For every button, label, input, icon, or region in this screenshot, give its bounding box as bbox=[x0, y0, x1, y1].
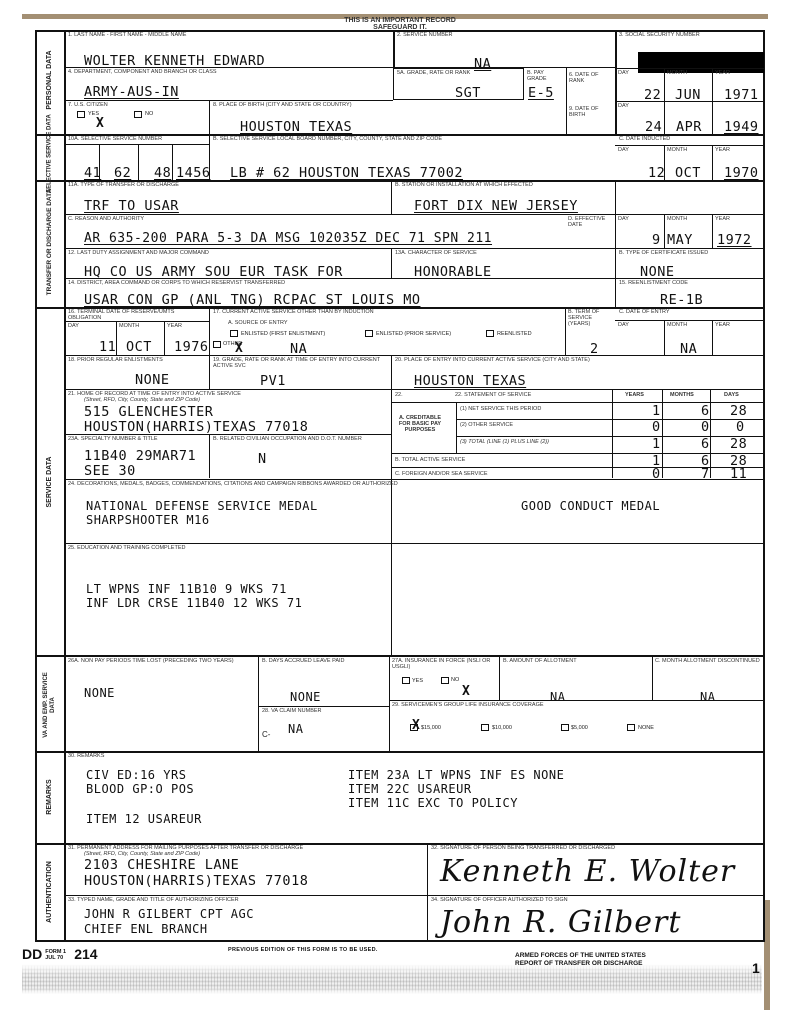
birthplace-label: 8. PLACE OF BIRTH (City and State or Cou… bbox=[213, 102, 352, 108]
terminal-year: 1976 bbox=[174, 340, 209, 354]
certificate: NONE bbox=[640, 265, 675, 279]
year-label: YEAR bbox=[715, 216, 730, 222]
divider bbox=[391, 355, 392, 655]
other-mark: X bbox=[235, 341, 243, 356]
divider bbox=[64, 895, 765, 896]
component-label: 4. DEPARTMENT, COMPONENT AND BRANCH OR C… bbox=[68, 69, 217, 75]
civilian-label: b. RELATED CIVILIAN OCCUPATION AND D.O.T… bbox=[213, 436, 383, 442]
insurance-label: 27a. INSURANCE IN FORCE (NSLI or USGLI) bbox=[392, 658, 497, 670]
sgli-10000-checkbox[interactable] bbox=[481, 724, 489, 731]
specialty-label: 23a. SPECIALTY NUMBER & TITLE bbox=[68, 436, 158, 442]
month-label: MONTH bbox=[667, 216, 687, 222]
row-years: 1 bbox=[652, 437, 661, 451]
specialty-line-1: 11B40 29MAR71 bbox=[84, 449, 196, 463]
remark-left-4: ITEM 12 USAREUR bbox=[86, 812, 202, 826]
terminal-label: 16. TERMINAL DATE OF RESERVE/UMTS OBLIGA… bbox=[68, 309, 203, 321]
month-label: MONTH bbox=[667, 147, 687, 153]
section-remarks: REMARKS bbox=[46, 757, 54, 837]
divider bbox=[64, 434, 391, 435]
year-label: YEAR bbox=[715, 322, 730, 328]
day-label: DAY bbox=[618, 322, 629, 328]
divider bbox=[391, 180, 392, 214]
divider bbox=[209, 434, 210, 478]
permanent-address-1: 2103 CHESHIRE LANE bbox=[84, 858, 239, 872]
service-number-label: 2. SERVICE NUMBER bbox=[397, 32, 453, 38]
sgli-mark: X bbox=[412, 718, 420, 733]
divider bbox=[35, 655, 765, 657]
divider bbox=[64, 543, 765, 544]
reenlist-label: 15. REENLISTMENT CODE bbox=[619, 280, 688, 286]
ss-number-3: 48 bbox=[154, 166, 171, 180]
certificate-label: b. TYPE OF CERTIFICATE ISSUED bbox=[619, 250, 708, 256]
sgli-none-checkbox[interactable] bbox=[627, 724, 635, 731]
divider bbox=[664, 214, 665, 248]
divider bbox=[64, 479, 765, 480]
grade-label: 5a. GRADE, RATE OR RANK bbox=[397, 70, 470, 76]
form-title-line-1: ARMED FORCES OF THE UNITED STATES bbox=[515, 952, 646, 960]
reason: AR 635-200 PARA 5-3 DA MSG 102035Z DEC 7… bbox=[84, 232, 492, 246]
specialty-line-2: SEE 30 bbox=[84, 464, 136, 478]
citizen-mark: X bbox=[96, 116, 104, 131]
row-label: (2) OTHER SERVICE bbox=[460, 422, 513, 428]
inducted-day: 12 bbox=[648, 166, 665, 180]
name-label: 1. LAST NAME - FIRST NAME - MIDDLE NAME bbox=[68, 32, 186, 38]
enlisted-prior-label: ENLISTED (Prior Service) bbox=[376, 331, 451, 337]
divider bbox=[64, 67, 615, 68]
remark-right-3: ITEM 11C EXC TO POLICY bbox=[348, 796, 518, 810]
insurance-mark: X bbox=[462, 684, 470, 699]
prior-enlistments: NONE bbox=[135, 373, 170, 387]
citizen-no-checkbox[interactable] bbox=[134, 111, 142, 118]
dob-day: 24 bbox=[645, 120, 662, 134]
col-months: MONTHS bbox=[670, 392, 694, 398]
entry-month: NA bbox=[680, 342, 697, 356]
divider bbox=[258, 655, 259, 751]
year-label: YEAR bbox=[715, 70, 730, 76]
sgli-5000-checkbox[interactable] bbox=[561, 724, 569, 731]
rank-day: 22 bbox=[644, 88, 661, 102]
remark-left-2: BLOOD GP:O POS bbox=[86, 782, 194, 796]
character-of-service: HONORABLE bbox=[414, 265, 492, 279]
prior-label: 18. PRIOR REGULAR ENLISTMENTS bbox=[68, 357, 163, 363]
enlisted-prior-checkbox[interactable] bbox=[365, 330, 373, 337]
ss-number-2: 62 bbox=[114, 166, 131, 180]
divider bbox=[456, 436, 765, 437]
va-claim-number: NA bbox=[288, 722, 303, 736]
form-no: 214 bbox=[74, 946, 97, 962]
claim-label: 28. VA CLAIM NUMBER bbox=[262, 708, 322, 714]
effective-day: 9 bbox=[652, 233, 661, 247]
effective-year: 1972 bbox=[717, 233, 752, 247]
accrued-leave: NONE bbox=[290, 690, 321, 704]
other-checkbox[interactable] bbox=[213, 341, 221, 348]
header-line-1: THIS IS AN IMPORTANT RECORD bbox=[300, 17, 500, 24]
year-label: YEAR bbox=[167, 323, 182, 329]
decoration-ndsm: NATIONAL DEFENSE SERVICE MEDAL bbox=[86, 499, 318, 513]
term-label: b. TERM OF SERVICE (Years) bbox=[568, 309, 613, 327]
row-label: (3) TOTAL (Line (1) plus Line (2)) bbox=[460, 439, 549, 445]
form-number: DDFORM 1 JUL 70214 bbox=[22, 946, 98, 962]
ss-number-label: 10a. SELECTIVE SERVICE NUMBER bbox=[68, 136, 162, 142]
divider bbox=[64, 214, 615, 215]
day-label: DAY bbox=[618, 103, 629, 109]
transfer-type-label: 11a. TYPE OF TRANSFER OR DISCHARGE bbox=[68, 182, 179, 188]
reenlist-code: RE-1B bbox=[660, 293, 703, 307]
dob-year: 1949 bbox=[724, 120, 759, 134]
remark-right-1: ITEM 23A LT WPNS INF ES NONE bbox=[348, 768, 564, 782]
row-label: (1) NET SERVICE THIS PERIOD bbox=[460, 406, 541, 412]
education-line-1: LT WPNS INF 11B10 9 WKS 71 bbox=[86, 582, 287, 596]
row-label: c. FOREIGN AND/OR SEA SERVICE bbox=[395, 471, 488, 477]
previous-edition-note: PREVIOUS EDITION OF THIS FORM IS TO BE U… bbox=[228, 947, 378, 953]
row-months: 6 bbox=[701, 437, 710, 451]
decorations-label: 24. DECORATIONS, MEDALS, BADGES, COMMEND… bbox=[68, 481, 398, 487]
divider bbox=[615, 214, 765, 215]
divider bbox=[712, 214, 713, 248]
inducted-year: 1970 bbox=[724, 166, 759, 180]
officer-label: 33. TYPED NAME, GRADE AND TITLE OF AUTHO… bbox=[68, 897, 239, 903]
insurance-yes-label: YES bbox=[412, 678, 423, 684]
divider bbox=[209, 307, 210, 355]
civilian-occupation: N bbox=[258, 452, 267, 466]
month-label: MONTH bbox=[119, 323, 139, 329]
divider bbox=[427, 843, 428, 942]
sig-officer-label: 34. SIGNATURE OF OFFICER AUTHORIZED TO S… bbox=[431, 897, 568, 903]
divider bbox=[64, 278, 765, 279]
col-days: DAYS bbox=[724, 392, 739, 398]
section-va: VA AND EMP. SERVICE DATA bbox=[43, 665, 57, 745]
decoration-gcm: GOOD CONDUCT MEDAL bbox=[521, 499, 660, 513]
entry-date-label: c. DATE OF ENTRY bbox=[619, 309, 670, 315]
grade: SGT bbox=[455, 86, 481, 100]
leave-label: b. DAYS ACCRUED LEAVE PAID bbox=[262, 658, 345, 664]
term: 2 bbox=[590, 342, 599, 356]
form-date: FORM 1 JUL 70 bbox=[45, 949, 71, 961]
decoration-sharpshooter: SHARPSHOOTER M16 bbox=[86, 513, 210, 527]
enlisted-first-label: ENLISTED (First Enlistment) bbox=[241, 331, 325, 337]
row-label: b. TOTAL ACTIVE SERVICE bbox=[395, 457, 465, 463]
insurance-no-label: NO bbox=[451, 677, 459, 683]
education-line-2: INF LDR CRSE 11B40 12 WKS 71 bbox=[86, 596, 302, 610]
birthplace: HOUSTON TEXAS bbox=[240, 120, 352, 134]
reenlisted-checkbox[interactable] bbox=[486, 330, 494, 337]
citizen-yes-checkbox[interactable] bbox=[77, 111, 85, 118]
divider bbox=[615, 68, 765, 69]
place-entry: HOUSTON TEXAS bbox=[414, 374, 526, 388]
terminal-day: 11 bbox=[99, 340, 116, 354]
row-months: 0 bbox=[701, 420, 710, 434]
signature-officer: John R. Gilbert bbox=[440, 905, 681, 940]
document-header: THIS IS AN IMPORTANT RECORD SAFEGUARD IT… bbox=[300, 17, 500, 31]
insurance-no-checkbox[interactable] bbox=[441, 677, 449, 684]
full-name: WOLTER KENNETH EDWARD bbox=[84, 54, 265, 68]
divider bbox=[35, 751, 765, 753]
row-days: 28 bbox=[730, 404, 747, 418]
last-duty: HQ CO US ARMY SOU EUR TASK FOR bbox=[84, 265, 343, 279]
divider bbox=[389, 700, 765, 701]
divider bbox=[615, 101, 765, 102]
divider bbox=[164, 321, 165, 355]
sgli-none-label: NONE bbox=[638, 725, 654, 731]
section-transfer: TRANSFER OR DISCHARGE DATA bbox=[46, 176, 54, 308]
divider bbox=[172, 144, 173, 180]
citizen-no-label: NO bbox=[145, 111, 153, 117]
divider bbox=[64, 248, 765, 249]
divider bbox=[258, 706, 389, 707]
home-line-1: 515 GLENCHESTER bbox=[84, 405, 213, 419]
divider bbox=[389, 655, 390, 751]
claim-prefix: C- bbox=[262, 730, 270, 739]
station: FORT DIX NEW JERSEY bbox=[414, 199, 578, 213]
day-label: DAY bbox=[618, 70, 629, 76]
divider bbox=[615, 145, 765, 146]
officer-name: JOHN R GILBERT CPT AGC bbox=[84, 907, 254, 921]
nonpay-label: 26a. NON PAY PERIODS TIME LOST (Precedin… bbox=[68, 658, 248, 664]
divider bbox=[566, 68, 567, 134]
divider bbox=[64, 321, 209, 322]
home-line-2: HOUSTON(HARRIS)TEXAS 77018 bbox=[84, 420, 308, 434]
effective-month: MAY bbox=[667, 233, 693, 247]
divider bbox=[652, 655, 653, 700]
day-label: DAY bbox=[618, 147, 629, 153]
row-days: 28 bbox=[730, 437, 747, 451]
rank-month: JUN bbox=[675, 88, 701, 102]
signature-veteran: Kenneth E. Wolter bbox=[440, 854, 735, 889]
sgli-15000-label: $15,000 bbox=[421, 725, 441, 731]
statement-label: 22. STATEMENT OF SERVICE bbox=[455, 392, 531, 398]
statement-number: 22. bbox=[395, 392, 403, 398]
transfer-type: TRF TO USAR bbox=[84, 199, 179, 213]
divider bbox=[64, 389, 765, 390]
date-of-rank-label: 6. DATE OF RANK bbox=[569, 72, 609, 84]
dob-month: APR bbox=[676, 120, 702, 134]
row-years: 1 bbox=[652, 404, 661, 418]
divider bbox=[64, 100, 393, 101]
divider bbox=[64, 144, 209, 145]
enlisted-first-checkbox[interactable] bbox=[230, 330, 238, 337]
section-personal: PERSONAL DATA bbox=[46, 42, 54, 118]
place-entry-label: 20. PLACE OF ENTRY INTO CURRENT ACTIVE S… bbox=[395, 357, 590, 363]
citizen-label: 7. U.S. CITIZEN bbox=[68, 102, 108, 108]
day-label: DAY bbox=[68, 323, 79, 329]
officer-title: CHIEF ENL BRANCH bbox=[84, 922, 208, 936]
divider bbox=[456, 402, 457, 453]
ssn-label: 3. SOCIAL SECURITY NUMBER bbox=[619, 32, 700, 38]
sig-person-label: 32. SIGNATURE OF PERSON BEING TRANSFERRE… bbox=[431, 845, 615, 851]
allotment: NA bbox=[550, 690, 565, 704]
form-dd: DD bbox=[22, 946, 42, 962]
ss-number-4: 1456 bbox=[176, 166, 211, 180]
component: ARMY-AUS-IN bbox=[84, 85, 179, 99]
day-label: DAY bbox=[618, 216, 629, 222]
divider bbox=[64, 30, 66, 942]
reason-label: c. REASON AND AUTHORITY bbox=[68, 216, 144, 222]
pay-grade-label: b. PAY GRADE bbox=[527, 70, 563, 82]
allotment-label: b. AMOUNT OF ALLOTMENT bbox=[503, 658, 577, 664]
nonpay-periods: NONE bbox=[84, 686, 115, 700]
divider bbox=[712, 145, 713, 180]
divider bbox=[138, 144, 139, 180]
row-days: 0 bbox=[736, 420, 745, 434]
creditable-label: a. CREDITABLE FOR BASIC PAY PURPOSES bbox=[395, 415, 445, 433]
inducted-label: c. DATE INDUCTED bbox=[619, 136, 670, 142]
divider bbox=[209, 100, 210, 134]
remark-left-1: CIV ED:16 YRS bbox=[86, 768, 186, 782]
sgli-5000-label: $5,000 bbox=[571, 725, 588, 731]
col-years: YEARS bbox=[625, 392, 644, 398]
divider bbox=[391, 248, 392, 278]
year-label: YEAR bbox=[715, 147, 730, 153]
divider bbox=[712, 320, 713, 355]
section-service: SERVICE DATA bbox=[46, 432, 54, 532]
divider bbox=[615, 180, 616, 307]
grade-entry: PV1 bbox=[260, 374, 286, 388]
divider bbox=[565, 307, 566, 355]
divider bbox=[393, 30, 395, 67]
current-service-label: 17. CURRENT ACTIVE SERVICE OTHER THAN BY… bbox=[213, 309, 374, 315]
terminal-month: OCT bbox=[126, 340, 152, 354]
effective-label: d. EFFECTIVE DATE bbox=[568, 216, 608, 228]
station-label: b. STATION OR INSTALLATION AT WHICH EFFE… bbox=[395, 182, 533, 188]
section-authentication: AUTHENTICATION bbox=[46, 842, 54, 942]
divider bbox=[499, 655, 500, 700]
pay-grade: E-5 bbox=[528, 86, 554, 100]
board-label: b. SELECTIVE SERVICE LOCAL BOARD NUMBER,… bbox=[213, 136, 442, 142]
month-label: MONTH bbox=[667, 70, 687, 76]
dob-label: 9. DATE OF BIRTH bbox=[569, 106, 609, 118]
rank-year: 1971 bbox=[724, 88, 759, 102]
divider bbox=[64, 355, 765, 356]
ssn-redacted bbox=[638, 52, 764, 73]
remarks-label: 30. REMARKS bbox=[68, 753, 104, 759]
divider bbox=[664, 320, 665, 355]
sgli-label: 29. SERVICEMEN'S GROUP LIFE INSURANCE CO… bbox=[392, 702, 544, 708]
scan-noise bbox=[22, 964, 762, 994]
source-label: a. SOURCE OF ENTRY bbox=[228, 320, 288, 326]
row-months: 6 bbox=[701, 404, 710, 418]
insurance-yes-checkbox[interactable] bbox=[402, 677, 410, 684]
remark-right-2: ITEM 22C USAREUR bbox=[348, 782, 472, 796]
ss-number-1: 41 bbox=[84, 166, 101, 180]
grade-entry-label: 19. GRADE, RATE OR RANK AT TIME OF ENTRY… bbox=[213, 357, 383, 369]
row-years: 0 bbox=[652, 420, 661, 434]
inducted-month: OCT bbox=[675, 166, 701, 180]
divider bbox=[209, 355, 210, 389]
divider bbox=[615, 30, 617, 134]
reenlisted-label: REENLISTED bbox=[497, 331, 532, 337]
divider bbox=[615, 320, 765, 321]
education-label: 25. EDUCATION AND TRAINING COMPLETED bbox=[68, 545, 185, 551]
character-label: 13a. CHARACTER OF SERVICE bbox=[395, 250, 477, 256]
sgli-10000-label: $10,000 bbox=[492, 725, 512, 731]
permanent-address-2: HOUSTON(HARRIS)TEXAS 77018 bbox=[84, 874, 308, 888]
divider bbox=[456, 419, 765, 420]
local-board: LB # 62 HOUSTON TEXAS 77002 bbox=[230, 166, 463, 180]
allotment-discontinued: NA bbox=[700, 690, 715, 704]
last-duty-label: 12. LAST DUTY ASSIGNMENT AND MAJOR COMMA… bbox=[68, 250, 209, 256]
other-value: NA bbox=[290, 342, 307, 356]
discontinued-label: c. MONTH ALLOTMENT DISCONTINUED bbox=[655, 658, 760, 664]
reserve-unit: USAR CON GP (ANL TNG) RCPAC ST LOUIS MO bbox=[84, 293, 420, 307]
reserve-label: 14. DISTRICT, AREA COMMAND OR CORPS TO W… bbox=[68, 280, 285, 286]
month-label: MONTH bbox=[667, 322, 687, 328]
home-sublabel: (Street, RFD, City, County, State and ZI… bbox=[84, 397, 200, 403]
